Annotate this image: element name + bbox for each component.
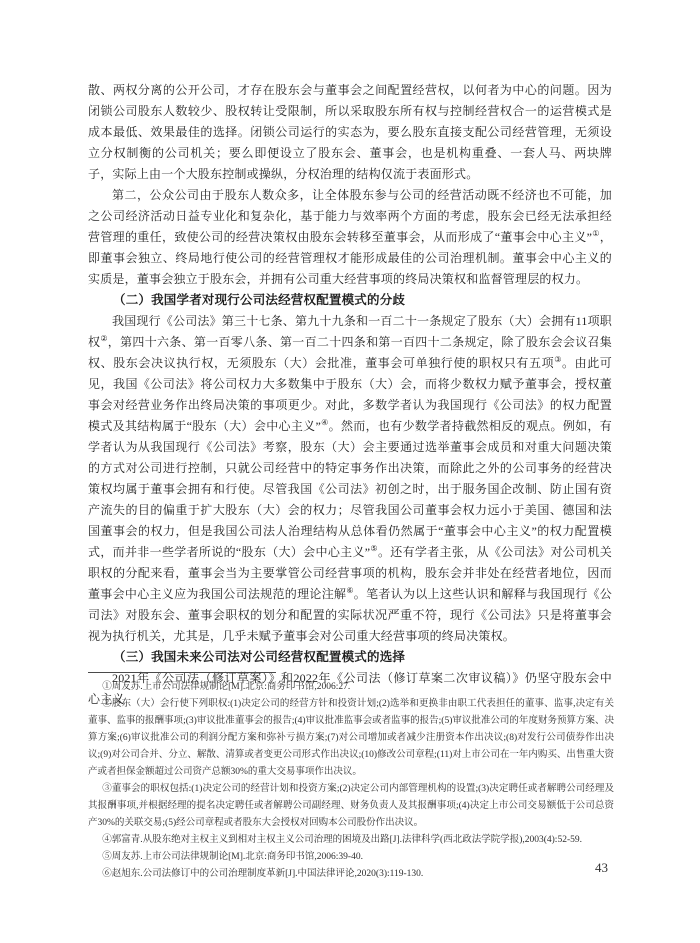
footnote-item: ③董事会的职权包括:(1)决定公司的经营计划和投资方案;(2)决定公司内部管理机…: [88, 781, 614, 832]
footnote-marker: ②: [100, 334, 107, 343]
section-heading-3: （三）我国未来公司法对公司经营权配置模式的选择: [88, 647, 612, 668]
footnotes-section: ①周友苏.上市公司法律规制论[M].北京:商务印书馆,2006:27.②股东（大…: [88, 679, 614, 883]
document-page: 散、两权分离的公开公司，才存在股东会与董事会之间配置经营权，以何者为中心的问题。…: [0, 0, 700, 943]
footnote-item: ②股东（大）会行使下列职权:(1)决定公司的经营方针和投资计划;(2)选举和更换…: [88, 696, 614, 781]
footnote-marker: ①: [592, 229, 600, 238]
footnote-item: ④郭富青.从股东绝对主权主义到相对主权主义公司治理的困境及出路[J].法律科学(…: [88, 832, 614, 849]
body-paragraph: 我国现行《公司法》第三十七条、第九十九条和一百二十一条规定了股东（大）会拥有11…: [88, 311, 612, 647]
article-body: 散、两权分离的公开公司，才存在股东会与董事会之间配置经营权，以何者为中心的问题。…: [88, 80, 612, 710]
body-paragraph: 第二，公众公司由于股东人数众多，让全体股东参与公司的经营活动既不经济也不可能，加…: [88, 185, 612, 290]
footnote-marker: ③: [554, 355, 562, 364]
body-paragraph-continued: 散、两权分离的公开公司，才存在股东会与董事会之间配置经营权，以何者为中心的问题。…: [88, 80, 612, 185]
footnote-item: ⑥赵旭东.公司法修订中的公司治理制度革新[J].中国法律评论,2020(3):1…: [88, 866, 614, 883]
section-heading-2: （二）我国学者对现行公司法经营权配置模式的分歧: [88, 290, 612, 311]
footnote-item: ⑤周友苏.上市公司法律规制论[M].北京:商务印书馆,2006:39-40.: [88, 849, 614, 866]
footnote-item: ①周友苏.上市公司法律规制论[M].北京:商务印书馆,2006:27.: [88, 679, 614, 696]
footnote-marker: ⑥: [346, 586, 353, 595]
page-number: 43: [595, 860, 608, 876]
footnote-divider: [88, 672, 276, 673]
footnote-marker: ⑤: [370, 544, 378, 553]
footnote-marker: ④: [321, 418, 329, 427]
